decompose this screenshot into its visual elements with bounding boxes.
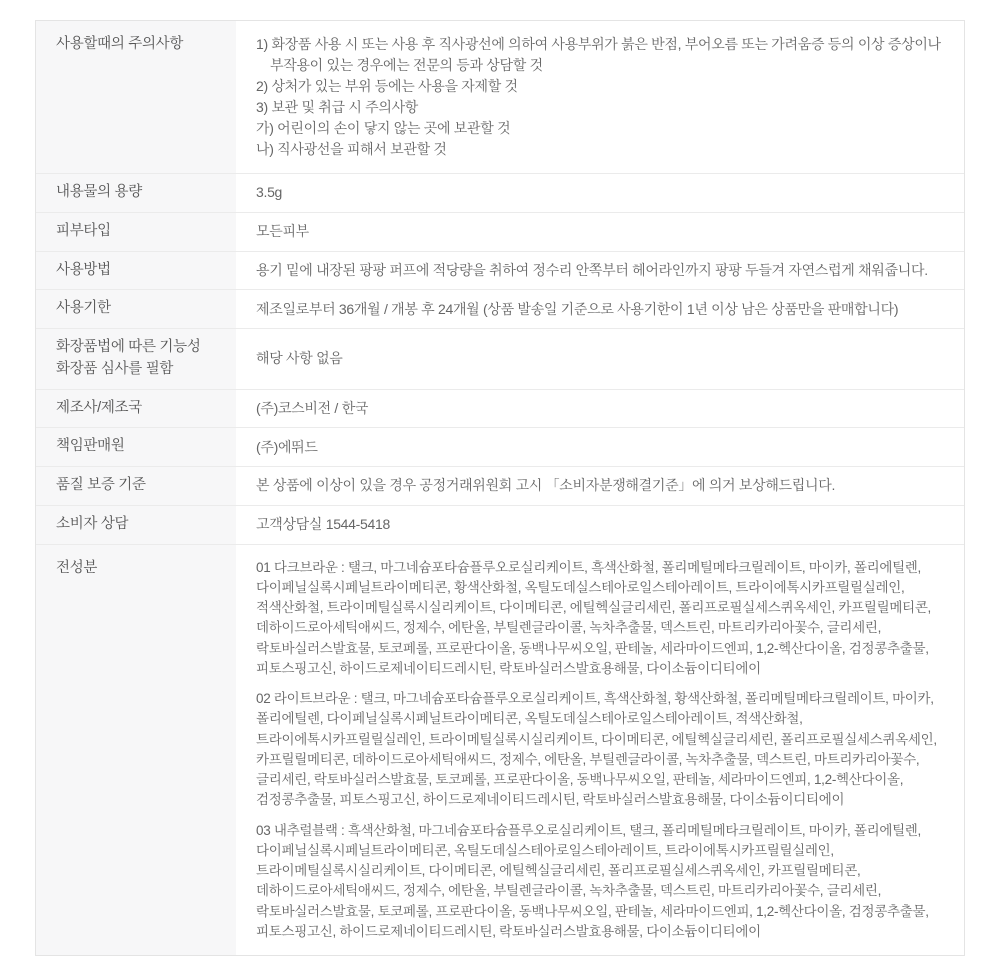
row-manufacturer: 제조사/제조국 (주)코스비전 / 한국 xyxy=(36,389,964,428)
row-label: 품질 보증 기준 xyxy=(36,467,236,505)
label-text: 내용물의 용량 xyxy=(56,182,224,204)
row-volume: 내용물의 용량 3.5g xyxy=(36,173,964,212)
row-seller: 책임판매원 (주)에뛰드 xyxy=(36,427,964,466)
row-content: 고객상담실 1544-5418 xyxy=(236,506,964,543)
ingredients-natural-black: 03 내추럴블랙 : 흑색산화철, 마그네슘포타슘플루오로실리케이트, 탤크, … xyxy=(256,821,944,943)
row-content: 해당 사항 없음 xyxy=(236,340,964,377)
row-content: 1) 화장품 사용 시 또는 사용 후 직사광선에 의하여 사용부위가 붉은 반… xyxy=(236,21,964,173)
ingredients-light-brown: 02 라이트브라운 : 탤크, 마그네슘포타슘플루오로실리케이트, 흑색산화철,… xyxy=(256,689,944,811)
row-functional-review: 화장품법에 따른 기능성 화장품 심사를 필함 해당 사항 없음 xyxy=(36,328,964,389)
label-text: 품질 보증 기준 xyxy=(56,475,224,497)
precaution-line: 부작용이 있는 경우에는 전문의 등과 상담할 것 xyxy=(256,55,944,76)
row-label: 사용할때의 주의사항 xyxy=(36,21,236,173)
row-ingredients: 전성분 01 다크브라운 : 탤크, 마그네슘포타슘플루오로실리케이트, 흑색산… xyxy=(36,544,964,956)
label-text: 책임판매원 xyxy=(56,436,224,458)
row-label: 피부타입 xyxy=(36,213,236,251)
row-label: 제조사/제조국 xyxy=(36,390,236,428)
label-text-line2: 화장품 심사를 필함 xyxy=(56,359,224,381)
row-label: 책임판매원 xyxy=(36,428,236,466)
row-content: 01 다크브라운 : 탤크, 마그네슘포타슘플루오로실리케이트, 흑색산화철, … xyxy=(236,545,964,956)
row-shelf-life: 사용기한 제조일로부터 36개월 / 개봉 후 24개월 (상품 발송일 기준으… xyxy=(36,289,964,328)
ingredients-dark-brown: 01 다크브라운 : 탤크, 마그네슘포타슘플루오로실리케이트, 흑색산화철, … xyxy=(256,558,944,680)
row-label: 사용기한 xyxy=(36,290,236,328)
row-content: (주)에뛰드 xyxy=(236,429,964,466)
precaution-line: 1) 화장품 사용 시 또는 사용 후 직사광선에 의하여 사용부위가 붉은 반… xyxy=(256,34,944,55)
label-text: 소비자 상담 xyxy=(56,514,224,536)
row-content: (주)코스비전 / 한국 xyxy=(236,390,964,427)
row-label: 화장품법에 따른 기능성 화장품 심사를 필함 xyxy=(36,329,236,389)
product-info-table: 사용할때의 주의사항 1) 화장품 사용 시 또는 사용 후 직사광선에 의하여… xyxy=(35,20,965,956)
row-label: 전성분 xyxy=(36,545,236,956)
row-warranty: 품질 보증 기준 본 상품에 이상이 있을 경우 공정거래위원회 고시 「소비자… xyxy=(36,466,964,505)
label-text: 사용방법 xyxy=(56,260,224,282)
label-text: 제조사/제조국 xyxy=(56,398,224,420)
label-text-line1: 화장품법에 따른 기능성 xyxy=(56,337,224,359)
precaution-line: 가) 어린이의 손이 닿지 않는 곳에 보관할 것 xyxy=(256,118,944,139)
precaution-line: 3) 보관 및 취급 시 주의사항 xyxy=(256,97,944,118)
row-skin-type: 피부타입 모든피부 xyxy=(36,212,964,251)
label-text: 사용기한 xyxy=(56,298,224,320)
row-label: 사용방법 xyxy=(36,252,236,290)
row-label: 내용물의 용량 xyxy=(36,174,236,212)
row-precautions: 사용할때의 주의사항 1) 화장품 사용 시 또는 사용 후 직사광선에 의하여… xyxy=(36,21,964,173)
precaution-line: 나) 직사광선을 피해서 보관할 것 xyxy=(256,139,944,160)
row-content: 모든피부 xyxy=(236,213,964,250)
row-content: 본 상품에 이상이 있을 경우 공정거래위원회 고시 「소비자분쟁해결기준」에 … xyxy=(236,467,964,504)
row-usage: 사용방법 용기 밑에 내장된 팡팡 퍼프에 적당량을 취하여 정수리 안쪽부터 … xyxy=(36,251,964,290)
row-content: 제조일로부터 36개월 / 개봉 후 24개월 (상품 발송일 기준으로 사용기… xyxy=(236,291,964,328)
row-customer-service: 소비자 상담 고객상담실 1544-5418 xyxy=(36,505,964,544)
row-content: 용기 밑에 내장된 팡팡 퍼프에 적당량을 취하여 정수리 안쪽부터 헤어라인까… xyxy=(236,252,964,289)
product-info-page: 사용할때의 주의사항 1) 화장품 사용 시 또는 사용 후 직사광선에 의하여… xyxy=(0,0,1000,974)
row-label: 소비자 상담 xyxy=(36,506,236,544)
row-content: 3.5g xyxy=(236,174,964,211)
label-text: 전성분 xyxy=(56,558,224,580)
label-text: 피부타입 xyxy=(56,221,224,243)
precaution-line: 2) 상처가 있는 부위 등에는 사용을 자제할 것 xyxy=(256,76,944,97)
label-text: 사용할때의 주의사항 xyxy=(56,34,224,56)
